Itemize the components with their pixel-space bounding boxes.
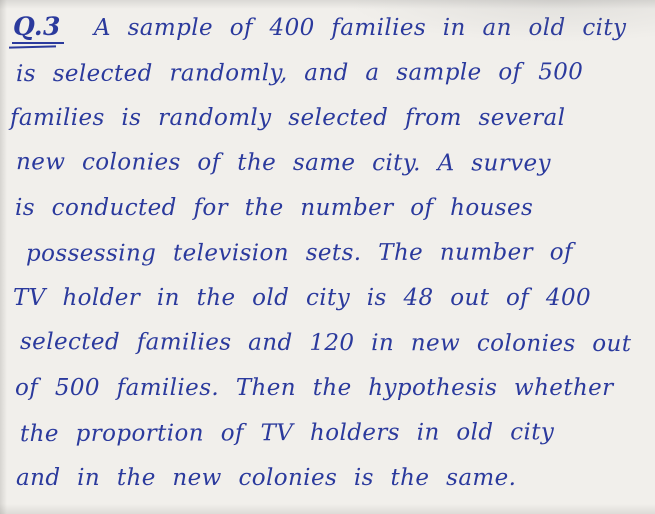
handwritten-text: A sample of 400 families in an old city (94, 15, 627, 41)
handwritten-line: possessing television sets. The number o… (0, 230, 655, 277)
handwritten-line: and in the new colonies is the same. (0, 456, 655, 501)
handwritten-line: families is randomly selected from sever… (0, 96, 655, 141)
handwritten-line: the proportion of TV holders in old city (0, 410, 655, 457)
question-line: Q.3A sample of 400 families in an old ci… (0, 6, 655, 51)
handwritten-line: TV holder in the old city is 48 out of 4… (0, 276, 655, 321)
handwritten-line: is conducted for the number of houses (0, 186, 655, 231)
handwritten-line: new colonies of the same city. A survey (0, 140, 655, 187)
handwritten-line: of 500 families. Then the hypothesis whe… (0, 366, 655, 411)
handwritten-line: is selected randomly, and a sample of 50… (0, 50, 655, 97)
handwritten-line: selected families and 120 in new colonie… (0, 320, 655, 367)
handwritten-page: Q.3A sample of 400 families in an old ci… (0, 0, 655, 514)
question-number: Q.3 (12, 12, 64, 44)
